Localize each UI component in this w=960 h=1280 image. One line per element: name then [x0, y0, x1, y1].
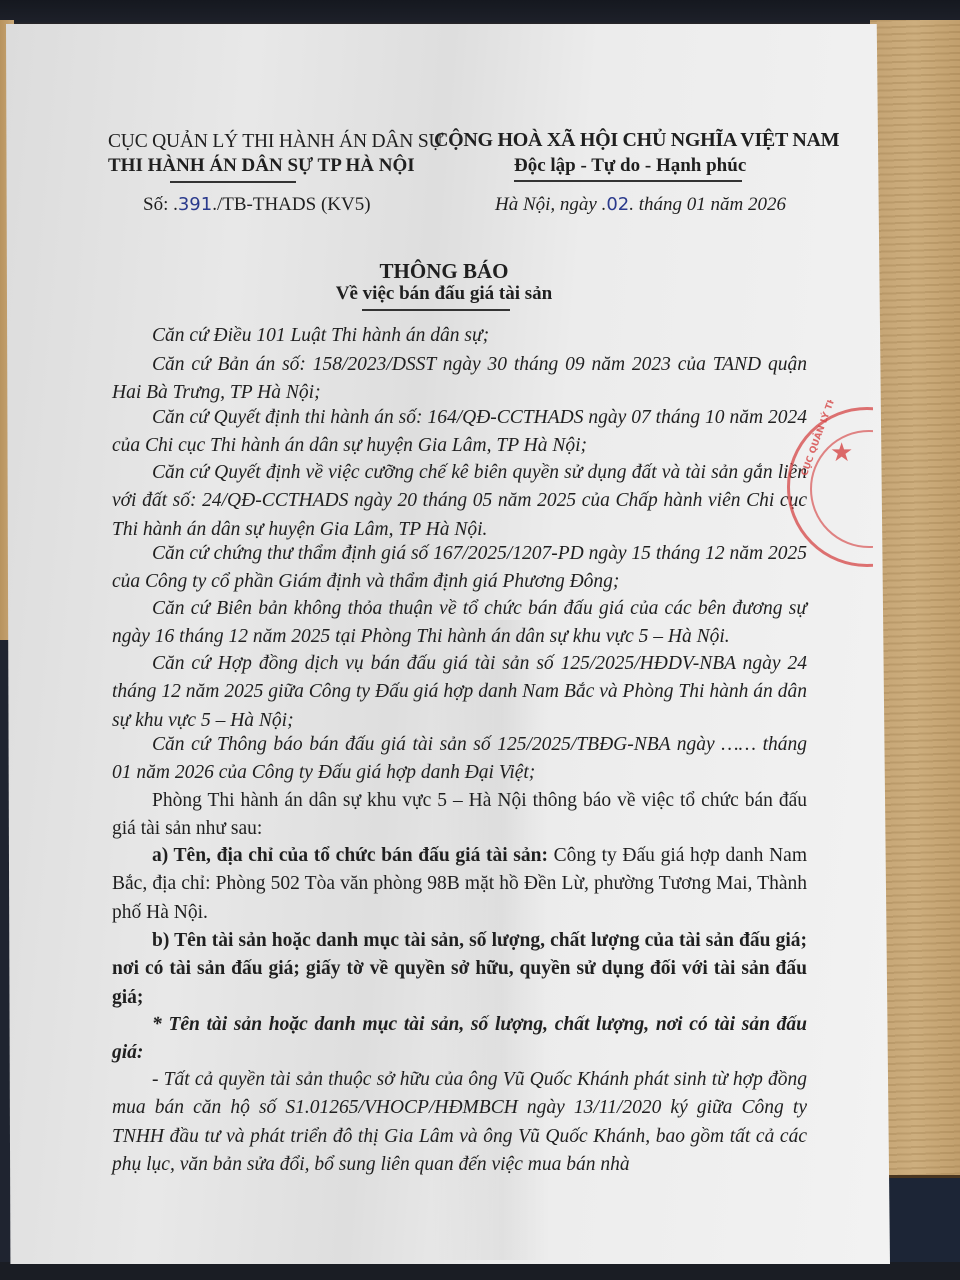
document-subtitle: Về việc bán đấu giá tài sản	[0, 283, 924, 305]
official-stamp: ★ CỤC QUẢN LÝ THI HÀNH ÁN DÂN SỰ	[787, 400, 873, 575]
agency-parent: CỤC QUẢN LÝ THI HÀNH ÁN DÂN SỰ	[108, 131, 443, 153]
asset-description: - Tất cả quyền tài sản thuộc sở hữu của …	[112, 1066, 807, 1180]
agency-name: THI HÀNH ÁN DÂN SỰ TP HÀ NỘI	[108, 155, 415, 177]
star-emblem-icon: ★	[830, 438, 853, 468]
document-title: THÔNG BÁO	[0, 259, 924, 284]
date-handwritten: 02	[606, 194, 629, 215]
basis-paragraph-1: Căn cứ Điều 101 Luật Thi hành án dân sự;	[112, 322, 807, 350]
national-title: CỘNG HOÀ XÃ HỘI CHỦ NGHĨA VIỆT NAM	[434, 129, 839, 152]
basis-paragraph-8: Căn cứ Thông báo bán đấu giá tài sản số …	[112, 731, 807, 788]
asset-heading: * Tên tài sản hoặc danh mục tài sản, số …	[112, 1011, 807, 1068]
background-bottom-dark	[0, 1262, 960, 1280]
agency-underline	[170, 181, 296, 183]
national-motto: Độc lập - Tự do - Hạnh phúc	[514, 155, 746, 177]
announcement-intro: Phòng Thi hành án dân sự khu vực 5 – Hà …	[112, 787, 807, 844]
basis-paragraph-3: Căn cứ Quyết định thi hành án số: 164/QĐ…	[112, 404, 807, 461]
section-a-label: a) Tên, địa chỉ của tổ chức bán đấu giá …	[152, 845, 548, 866]
date-suffix: . tháng 01 năm 2026	[629, 194, 786, 215]
motto-underline	[514, 180, 742, 182]
number-prefix: Số: .	[143, 194, 178, 215]
stamp-outer-ring: ★ CỤC QUẢN LÝ THI HÀNH ÁN DÂN SỰ	[787, 407, 873, 567]
section-a: a) Tên, địa chỉ của tổ chức bán đấu giá …	[112, 842, 807, 927]
date-prefix: Hà Nội, ngày .	[495, 194, 606, 215]
number-handwritten: 391	[178, 194, 212, 215]
title-underline	[362, 309, 510, 311]
basis-paragraph-2: Căn cứ Bản án số: 158/2023/DSST ngày 30 …	[112, 351, 807, 408]
number-suffix: ./TB-THADS (KV5)	[212, 194, 370, 215]
basis-paragraph-6: Căn cứ Biên bản không thỏa thuận về tổ c…	[112, 595, 807, 652]
section-b: b) Tên tài sản hoặc danh mục tài sản, số…	[112, 927, 807, 1012]
basis-paragraph-4: Căn cứ Quyết định về việc cưỡng chế kê b…	[112, 459, 807, 544]
basis-paragraph-5: Căn cứ chứng thư thẩm định giá số 167/20…	[112, 540, 807, 597]
document-number: Số: .391./TB-THADS (KV5)	[143, 194, 371, 216]
basis-paragraph-7: Căn cứ Hợp đồng dịch vụ bán đấu giá tài …	[112, 650, 807, 735]
document-date: Hà Nội, ngày .02. tháng 01 năm 2026	[495, 194, 786, 216]
